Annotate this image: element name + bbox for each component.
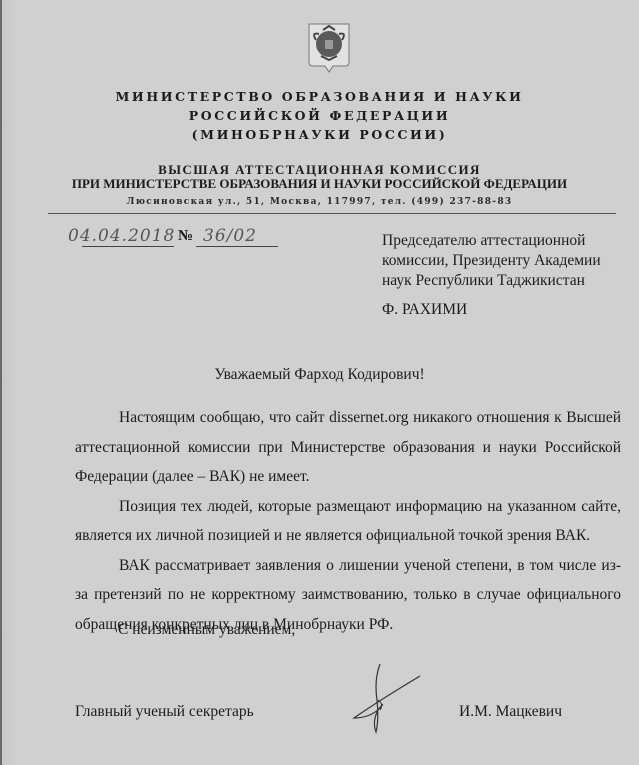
closing-phrase: С неизменным уважением, xyxy=(118,621,295,639)
ministry-abbreviation: (МИНОБРНАУКИ РОССИИ) xyxy=(0,127,639,142)
number-underline xyxy=(196,246,278,247)
recipient-name: Ф. РАХИМИ xyxy=(382,301,467,319)
number-sign: № xyxy=(178,228,193,245)
handwritten-date: 04.04.2018 xyxy=(68,226,175,246)
body-paragraph: Настоящим сообщаю, что сайт dissernet.or… xyxy=(75,403,621,492)
coat-of-arms-icon xyxy=(307,22,351,74)
addressee-block: Председателю аттестационной комиссии, Пр… xyxy=(382,231,601,291)
ministry-name-line2: РОССИЙСКОЙ ФЕДЕРАЦИИ xyxy=(0,108,639,123)
body-paragraph: Позиция тех людей, которые размещают инф… xyxy=(75,492,621,551)
greeting: Уважаемый Фарход Кодирович! xyxy=(0,366,639,384)
date-underline xyxy=(82,246,174,247)
letter-body: Настоящим сообщаю, что сайт dissernet.or… xyxy=(75,403,621,639)
addressee-line: Председателю аттестационной xyxy=(382,231,601,251)
letterhead-address: Люсиновская ул., 51, Москва, 117997, тел… xyxy=(0,197,639,207)
signer-title: Главный ученый секретарь xyxy=(75,703,254,721)
commission-name-line2: ПРИ МИНИСТЕРСТВЕ ОБРАЗОВАНИЯ И НАУКИ РОС… xyxy=(0,176,639,192)
ministry-name-line1: МИНИСТЕРСТВО ОБРАЗОВАНИЯ И НАУКИ xyxy=(0,89,639,104)
handwritten-reference-number: 36/02 xyxy=(203,226,257,246)
signer-name: И.М. Мацкевич xyxy=(459,703,562,721)
letterhead-divider xyxy=(48,213,616,214)
addressee-line: комиссии, Президенту Академии xyxy=(382,251,601,271)
handwritten-signature-icon xyxy=(350,660,430,735)
addressee-line: наук Республики Таджикистан xyxy=(382,271,601,291)
